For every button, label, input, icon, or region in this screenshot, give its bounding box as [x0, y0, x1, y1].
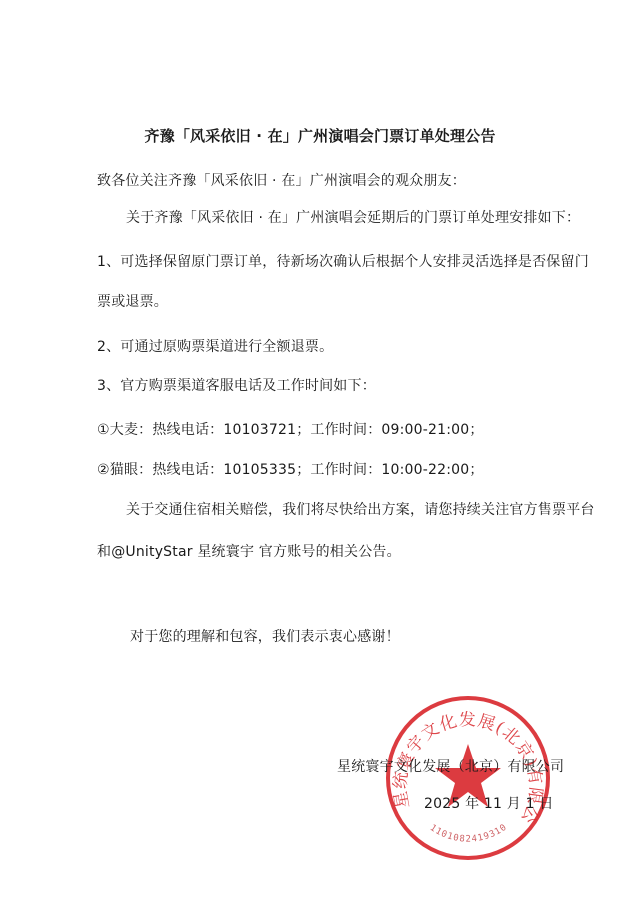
signature-date: 2025 年 11 月 1 日	[424, 795, 554, 813]
compensation-line-1: 关于交通住宿相关赔偿，我们将尽快给出方案，请您持续关注官方售票平台	[126, 501, 595, 519]
hotline-damai: ①大麦：热线电话：10103721；工作时间：09:00-21:00；	[97, 421, 484, 439]
item-1-line-2: 票或退票。	[97, 293, 168, 311]
hotline-maoyan: ②猫眼：热线电话：10105335；工作时间：10:00-22:00；	[97, 461, 484, 479]
item-1-line-1: 1、可选择保留原门票订单，待新场次确认后根据个人安排灵活选择是否保留门	[97, 253, 589, 271]
compensation-line-2: 和@UnityStar 星统寰宇 官方账号的相关公告。	[97, 543, 401, 561]
thanks-line: 对于您的理解和包容，我们表示衷心感谢！	[130, 628, 400, 646]
svg-text:1101082419310: 1101082419310	[428, 822, 510, 844]
signature-company: 星统寰宇文化发展（北京）有限公司	[337, 758, 564, 776]
item-3: 3、官方购票渠道客服电话及工作时间如下：	[97, 377, 376, 395]
greeting: 致各位关注齐豫「风采依旧 · 在」广州演唱会的观众朋友：	[97, 172, 466, 190]
item-2: 2、可通过原购票渠道进行全额退票。	[97, 338, 333, 356]
company-seal-icon: 星统寰宇文化发展(北京)有限公司 1101082419310	[384, 694, 552, 862]
intro-paragraph: 关于齐豫「风采依旧 · 在」广州演唱会延期后的门票订单处理安排如下：	[126, 209, 580, 227]
document-title: 齐豫「风采依旧 · 在」广州演唱会门票订单处理公告	[0, 127, 640, 145]
